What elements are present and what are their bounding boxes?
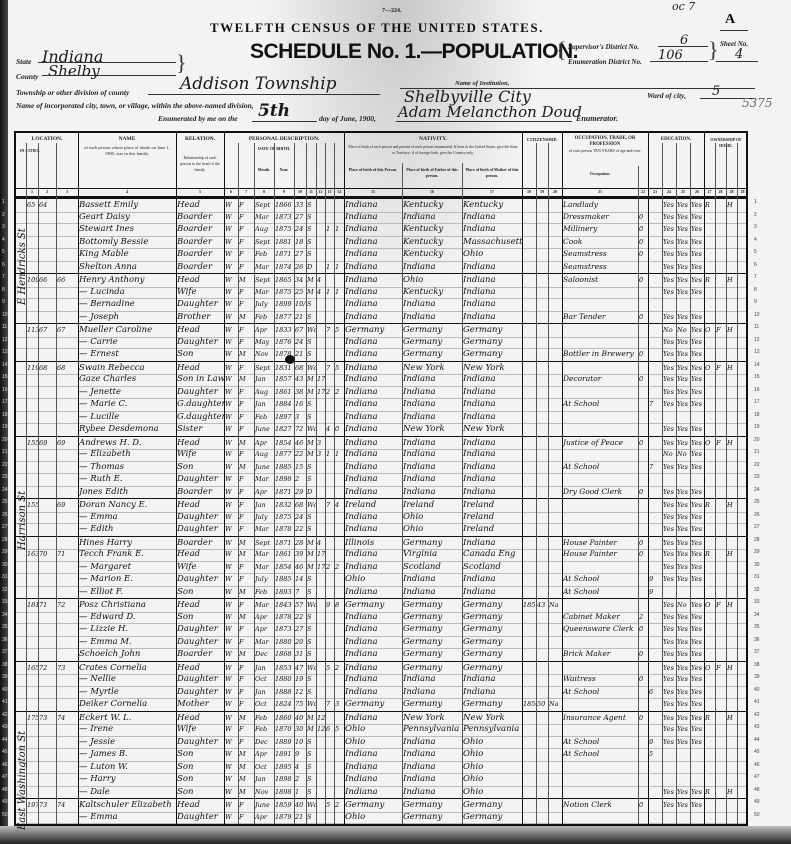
cell-color: W xyxy=(225,673,238,686)
cell-color: W xyxy=(225,261,238,274)
cell-dwelling-number xyxy=(39,336,56,349)
cell-months-unemployed xyxy=(639,786,648,799)
cell-owned-rented xyxy=(705,373,715,386)
cell-dwelling-number xyxy=(39,673,56,686)
cell-birthplace-person: Indiana xyxy=(345,211,402,224)
cell-years-married xyxy=(317,761,325,774)
cell-birthplace-mother: Ireland xyxy=(463,523,522,536)
column-divider xyxy=(462,163,463,824)
cell-family-number xyxy=(57,486,78,499)
cell-birthplace-mother: Indiana xyxy=(463,573,522,586)
cell-dwelling-number xyxy=(39,461,56,474)
cell-children-born: 1 xyxy=(326,223,334,236)
cell-farm-house xyxy=(727,448,737,461)
cell-birthplace-mother: Indiana xyxy=(463,373,522,386)
cell-children-living xyxy=(335,636,344,649)
cell-birthplace-person: Indiana xyxy=(345,586,402,599)
cell-children-born xyxy=(326,411,334,424)
cell-birthplace-father: Indiana xyxy=(403,486,462,499)
cell-house-number xyxy=(27,423,38,436)
cell-years-married xyxy=(317,511,325,524)
cell-farm-house xyxy=(727,723,737,736)
cell-relation: Daughter xyxy=(177,673,224,686)
row-number-left: 33 xyxy=(2,599,8,605)
cell-years-married xyxy=(317,773,325,786)
cell-children-born xyxy=(326,611,334,624)
row-number-left: 14 xyxy=(2,362,8,368)
cell-can-write: Yes xyxy=(677,736,690,749)
cell-free-mortgaged xyxy=(716,461,726,474)
cell-birth-year: 1891 xyxy=(275,748,294,761)
cell-marital: Wd xyxy=(307,698,316,711)
cell-family-number xyxy=(57,623,78,636)
cell-free-mortgaged xyxy=(716,373,726,386)
cell-birth-month: Aug xyxy=(255,223,274,236)
row-number-right: 46 xyxy=(754,762,760,768)
cell-farm-house xyxy=(727,461,737,474)
cell-children-born xyxy=(326,623,334,636)
cell-person-name: — Jessie xyxy=(79,736,176,749)
cell-naturalization xyxy=(549,373,562,386)
cell-birthplace-mother: Indiana xyxy=(463,448,522,461)
header-birth-mother: Place of birth of Mother of this person. xyxy=(462,167,522,179)
cell-birthplace-mother: Indiana xyxy=(463,673,522,686)
form-code: 7—224. xyxy=(382,8,402,14)
cell-birth-year: 1876 xyxy=(275,336,294,349)
cell-birth-year: 1878 xyxy=(275,611,294,624)
cell-marital: S xyxy=(307,648,316,661)
cell-immigration-year xyxy=(523,723,536,736)
cell-marital: M xyxy=(307,548,316,561)
cell-person-name: — Emma M. xyxy=(79,636,176,649)
ward-value: 5 xyxy=(712,84,720,99)
cell-owned-rented xyxy=(705,248,715,261)
cell-owned-rented xyxy=(705,461,715,474)
cell-marital: M xyxy=(307,386,316,399)
cell-sex: F xyxy=(239,698,254,711)
row-number-left: 15 xyxy=(2,374,8,380)
cell-occupation xyxy=(563,286,638,299)
cell-can-read xyxy=(663,811,676,824)
row-number-right: 47 xyxy=(754,774,760,780)
row-number-right: 5 xyxy=(754,249,757,255)
cell-farm-house xyxy=(727,386,737,399)
cell-age: 15 xyxy=(295,461,306,474)
cell-months-unemployed xyxy=(639,286,648,299)
cell-birth-month: Mar xyxy=(255,636,274,649)
cell-birthplace-person: Indiana xyxy=(345,411,402,424)
cell-birthplace-mother: Germany xyxy=(463,648,522,661)
cell-children-born xyxy=(326,673,334,686)
cell-children-born xyxy=(326,523,334,536)
cell-free-mortgaged xyxy=(716,761,726,774)
cell-birth-month: Jan xyxy=(255,398,274,411)
cell-birthplace-person: Indiana xyxy=(345,286,402,299)
cell-children-born xyxy=(326,736,334,749)
column-number: 28 xyxy=(726,189,737,195)
cell-children-born: 1 xyxy=(326,448,334,461)
cell-free-mortgaged xyxy=(716,298,726,311)
cell-children-living xyxy=(335,748,344,761)
cell-marital: S xyxy=(307,673,316,686)
cell-color: W xyxy=(225,411,238,424)
row-number-left: 24 xyxy=(2,487,8,493)
cell-sex: F xyxy=(239,523,254,536)
row-number-right: 45 xyxy=(754,749,760,755)
cell-birthplace-father: Virginia xyxy=(403,548,462,561)
cell-months-unemployed xyxy=(639,336,648,349)
cell-owned-rented xyxy=(705,398,715,411)
cell-marital: S xyxy=(307,761,316,774)
cell-family-number xyxy=(57,286,78,299)
row-number-right: 21 xyxy=(754,449,760,455)
cell-immigration-year xyxy=(523,773,536,786)
cell-can-read: Yes xyxy=(663,248,676,261)
row-number-left: 1 xyxy=(2,199,5,205)
cell-occupation xyxy=(563,511,638,524)
cell-immigration-year xyxy=(523,236,536,249)
cell-dwelling-number xyxy=(39,473,56,486)
cell-age: 3 xyxy=(295,411,306,424)
cell-birthplace-father: Indiana xyxy=(403,211,462,224)
cell-family-number xyxy=(57,348,78,361)
cell-color: W xyxy=(225,286,238,299)
cell-color: W xyxy=(225,511,238,524)
cell-relation: Boarder xyxy=(177,261,224,274)
cell-sex: F xyxy=(239,561,254,574)
cell-children-living xyxy=(335,336,344,349)
cell-can-write: Yes xyxy=(677,561,690,574)
cell-immigration-year xyxy=(523,448,536,461)
cell-owned-rented xyxy=(705,523,715,536)
cell-sex: F xyxy=(239,336,254,349)
row-number-right: 48 xyxy=(754,787,760,793)
cell-house-number xyxy=(27,398,38,411)
row-number-left: 42 xyxy=(2,712,8,718)
cell-house-number xyxy=(27,573,38,586)
cell-occupation: Seamstress xyxy=(563,248,638,261)
cell-years-in-us xyxy=(537,473,548,486)
cell-color: W xyxy=(225,773,238,786)
cell-house-number xyxy=(27,786,38,799)
cell-birthplace-mother: Pennsylvania xyxy=(463,723,522,736)
cell-owned-rented xyxy=(705,348,715,361)
cell-can-read: Yes xyxy=(663,223,676,236)
column-divider xyxy=(676,143,677,824)
census-title: TWELFTH CENSUS OF THE UNITED STATES. xyxy=(210,20,544,36)
cell-relation: Son xyxy=(177,761,224,774)
cell-children-born xyxy=(326,648,334,661)
cell-months-unemployed: 0 xyxy=(639,311,648,324)
cell-occupation xyxy=(563,448,638,461)
cell-children-living xyxy=(335,211,344,224)
sheet-number: 4 xyxy=(735,47,743,62)
cell-owned-rented xyxy=(705,748,715,761)
cell-occupation xyxy=(563,336,638,349)
cell-children-born xyxy=(326,211,334,224)
cell-can-read: Yes xyxy=(663,736,676,749)
cell-color: W xyxy=(225,223,238,236)
cell-owned-rented xyxy=(705,223,715,236)
cell-relation: Daughter xyxy=(177,623,224,636)
header-name: NAME xyxy=(78,136,176,142)
column-divider xyxy=(536,143,537,824)
cell-farm-house xyxy=(727,486,737,499)
cell-birth-year: 1898 xyxy=(275,786,294,799)
cell-farm-house xyxy=(727,373,737,386)
cell-years-married xyxy=(317,736,325,749)
cell-relation: Son xyxy=(177,461,224,474)
cell-birth-year: 1893 xyxy=(275,586,294,599)
cell-months-unemployed: 0 xyxy=(639,373,648,386)
cell-birthplace-father: Indiana xyxy=(403,748,462,761)
cell-relation: Son xyxy=(177,586,224,599)
cell-marital: S xyxy=(307,348,316,361)
cell-relation: Son xyxy=(177,748,224,761)
cell-attended-school xyxy=(649,348,662,361)
cell-attended-school xyxy=(649,473,662,486)
cell-immigration-year xyxy=(523,636,536,649)
cell-immigration-year xyxy=(523,223,536,236)
cell-birthplace-mother: Ireland xyxy=(463,511,522,524)
cell-naturalization: Na xyxy=(549,698,562,711)
cell-farm-house xyxy=(727,523,737,536)
cell-color: W xyxy=(225,386,238,399)
header-month: Month. xyxy=(254,167,274,173)
cell-children-born xyxy=(326,686,334,699)
column-number: 22 xyxy=(638,189,648,195)
row-number-right: 6 xyxy=(754,262,757,268)
cell-attended-school xyxy=(649,648,662,661)
cell-years-in-us xyxy=(537,761,548,774)
enumerator-label: Enumerator. xyxy=(576,114,618,123)
cell-relation: Son xyxy=(177,786,224,799)
row-number-left: 12 xyxy=(2,337,8,343)
cell-months-unemployed xyxy=(639,586,648,599)
cell-birth-month: July xyxy=(255,573,274,586)
cell-attended-school xyxy=(649,673,662,686)
cell-months-unemployed xyxy=(639,773,648,786)
cell-person-name: — Bernadine xyxy=(79,298,176,311)
cell-attended-school xyxy=(649,423,662,436)
cell-naturalization xyxy=(549,761,562,774)
cell-person-name: — Emma xyxy=(79,511,176,524)
cell-family-number xyxy=(57,373,78,386)
cell-birthplace-person: Indiana xyxy=(345,448,402,461)
cell-relation: Son in Law xyxy=(177,373,224,386)
row-number-right: 35 xyxy=(754,624,760,630)
cell-sex: M xyxy=(239,548,254,561)
cell-sex: M xyxy=(239,373,254,386)
cell-age: 21 xyxy=(295,311,306,324)
cell-owned-rented xyxy=(705,486,715,499)
cell-months-unemployed xyxy=(639,686,648,699)
cell-years-married xyxy=(317,623,325,636)
cell-house-number xyxy=(27,523,38,536)
cell-color: W xyxy=(225,623,238,636)
cell-sex: F xyxy=(239,473,254,486)
cell-birth-year: 1884 xyxy=(275,398,294,411)
cell-family-number xyxy=(57,648,78,661)
cell-birth-year: 1871 xyxy=(275,248,294,261)
cell-can-speak-english: Yes xyxy=(691,486,704,499)
cell-color: W xyxy=(225,311,238,324)
cell-occupation: Queensware Clerk xyxy=(563,623,638,636)
cell-sex: F xyxy=(239,286,254,299)
cell-relation: Wife xyxy=(177,286,224,299)
cell-occupation: At School xyxy=(563,586,638,599)
cell-months-unemployed xyxy=(639,698,648,711)
cell-marital: S xyxy=(307,586,316,599)
cell-can-speak-english: Yes xyxy=(691,523,704,536)
cell-age: 2 xyxy=(295,473,306,486)
cell-birthplace-father: Indiana xyxy=(403,298,462,311)
cell-can-read: Yes xyxy=(663,211,676,224)
cell-children-living: 5 xyxy=(335,723,344,736)
column-divider xyxy=(224,133,225,824)
row-number-right: 43 xyxy=(754,724,760,730)
cell-person-name: — Thomas xyxy=(79,461,176,474)
column-divider xyxy=(402,163,403,824)
cell-marital: S xyxy=(307,748,316,761)
cell-can-write xyxy=(677,586,690,599)
cell-sex: F xyxy=(239,486,254,499)
cell-family-number: 71 xyxy=(57,548,78,561)
cell-dwelling-number xyxy=(39,611,56,624)
cell-birthplace-mother: Ohio xyxy=(463,248,522,261)
cell-birthplace-mother: Indiana xyxy=(463,686,522,699)
cell-can-speak-english: Yes xyxy=(691,223,704,236)
cell-occupation: Cook xyxy=(563,236,638,249)
row-number-left: 19 xyxy=(2,424,8,430)
cell-can-write: Yes xyxy=(677,336,690,349)
cell-birth-year: 1875 xyxy=(275,511,294,524)
cell-can-write: Yes xyxy=(677,698,690,711)
cell-years-married xyxy=(317,261,325,274)
column-number: 6 xyxy=(224,189,238,195)
cell-children-born xyxy=(326,586,334,599)
cell-marital: S xyxy=(307,773,316,786)
cell-can-write: Yes xyxy=(677,511,690,524)
cell-family-number xyxy=(57,386,78,399)
cell-birth-month: Feb xyxy=(255,586,274,599)
cell-can-write: Yes xyxy=(677,286,690,299)
cell-can-write xyxy=(677,761,690,774)
cell-owned-rented xyxy=(705,736,715,749)
cell-family-number xyxy=(57,336,78,349)
cell-relation: Boarder xyxy=(177,486,224,499)
cell-farm-house xyxy=(727,586,737,599)
cell-dwelling-number xyxy=(39,686,56,699)
cell-person-name: Stewart Ines xyxy=(79,223,176,236)
cell-years-in-us xyxy=(537,736,548,749)
cell-marital: S xyxy=(307,248,316,261)
row-number-right: 2 xyxy=(754,212,757,218)
cell-can-write: Yes xyxy=(677,686,690,699)
row-number-left: 3 xyxy=(2,224,5,230)
column-number: 13 xyxy=(325,189,334,195)
cell-birth-month: Apr xyxy=(255,611,274,624)
cell-birth-year: 1885 xyxy=(275,573,294,586)
cell-house-number xyxy=(27,561,38,574)
cell-can-speak-english: Yes xyxy=(691,636,704,649)
cell-can-write: Yes xyxy=(677,461,690,474)
row-number-right: 40 xyxy=(754,687,760,693)
cell-free-mortgaged xyxy=(716,723,726,736)
row-number-right: 42 xyxy=(754,712,760,718)
cell-sex: F xyxy=(239,248,254,261)
cell-house-number xyxy=(27,748,38,761)
cell-family-number xyxy=(57,748,78,761)
cell-immigration-year xyxy=(523,386,536,399)
cell-children-born xyxy=(326,473,334,486)
cell-children-living xyxy=(335,586,344,599)
cell-farm-house xyxy=(727,561,737,574)
cell-sex: F xyxy=(239,386,254,399)
cell-birth-year: 1878 xyxy=(275,523,294,536)
column-number: 10 xyxy=(294,189,306,195)
cell-sex: M xyxy=(239,586,254,599)
cell-birthplace-father: Kentucky xyxy=(403,236,462,249)
cell-relation: Daughter xyxy=(177,473,224,486)
cell-attended-school: 5 xyxy=(649,748,662,761)
cell-sex: F xyxy=(239,223,254,236)
cell-can-write: Yes xyxy=(677,523,690,536)
cell-naturalization xyxy=(549,473,562,486)
cell-birthplace-father: Indiana xyxy=(403,736,462,749)
header-personal: PERSONAL DESCRIPTION. xyxy=(224,136,344,142)
cell-birthplace-person: Indiana xyxy=(345,311,402,324)
cell-children-born: 7 xyxy=(326,698,334,711)
row-number-left: 13 xyxy=(2,349,8,355)
row-number-right: 38 xyxy=(754,662,760,668)
cell-naturalization xyxy=(549,411,562,424)
cell-can-write: Yes xyxy=(677,623,690,636)
cell-years-in-us xyxy=(537,448,548,461)
cell-marital: D xyxy=(307,486,316,499)
cell-family-number xyxy=(57,586,78,599)
row-number-left: 35 xyxy=(2,624,8,630)
row-number-left: 41 xyxy=(2,699,8,705)
cell-color: W xyxy=(225,236,238,249)
row-number-left: 46 xyxy=(2,762,8,768)
cell-farm-house xyxy=(727,761,737,774)
cell-family-number xyxy=(57,786,78,799)
cell-months-unemployed xyxy=(639,398,648,411)
cell-children-living: 1 xyxy=(335,448,344,461)
cell-can-read: Yes xyxy=(663,486,676,499)
cell-months-unemployed xyxy=(639,423,648,436)
enumeration-label: Enumeration District No. xyxy=(568,58,642,66)
cell-birthplace-mother: Indiana xyxy=(463,473,522,486)
cell-person-name: — Emma xyxy=(79,811,176,824)
cell-house-number xyxy=(27,248,38,261)
cell-age: 10 xyxy=(295,736,306,749)
column-number: 14 xyxy=(334,189,344,195)
cell-can-read: Yes xyxy=(663,611,676,624)
cell-can-read xyxy=(663,773,676,786)
column-divider xyxy=(715,143,716,824)
cell-free-mortgaged xyxy=(716,748,726,761)
cell-house-number xyxy=(27,611,38,624)
cell-months-unemployed xyxy=(639,811,648,824)
cell-years-in-us xyxy=(537,773,548,786)
cell-dwelling-number xyxy=(39,261,56,274)
cell-years-married xyxy=(317,636,325,649)
header-year: Year. xyxy=(274,167,294,173)
cell-can-write: Yes xyxy=(677,423,690,436)
cell-dwelling-number xyxy=(39,248,56,261)
